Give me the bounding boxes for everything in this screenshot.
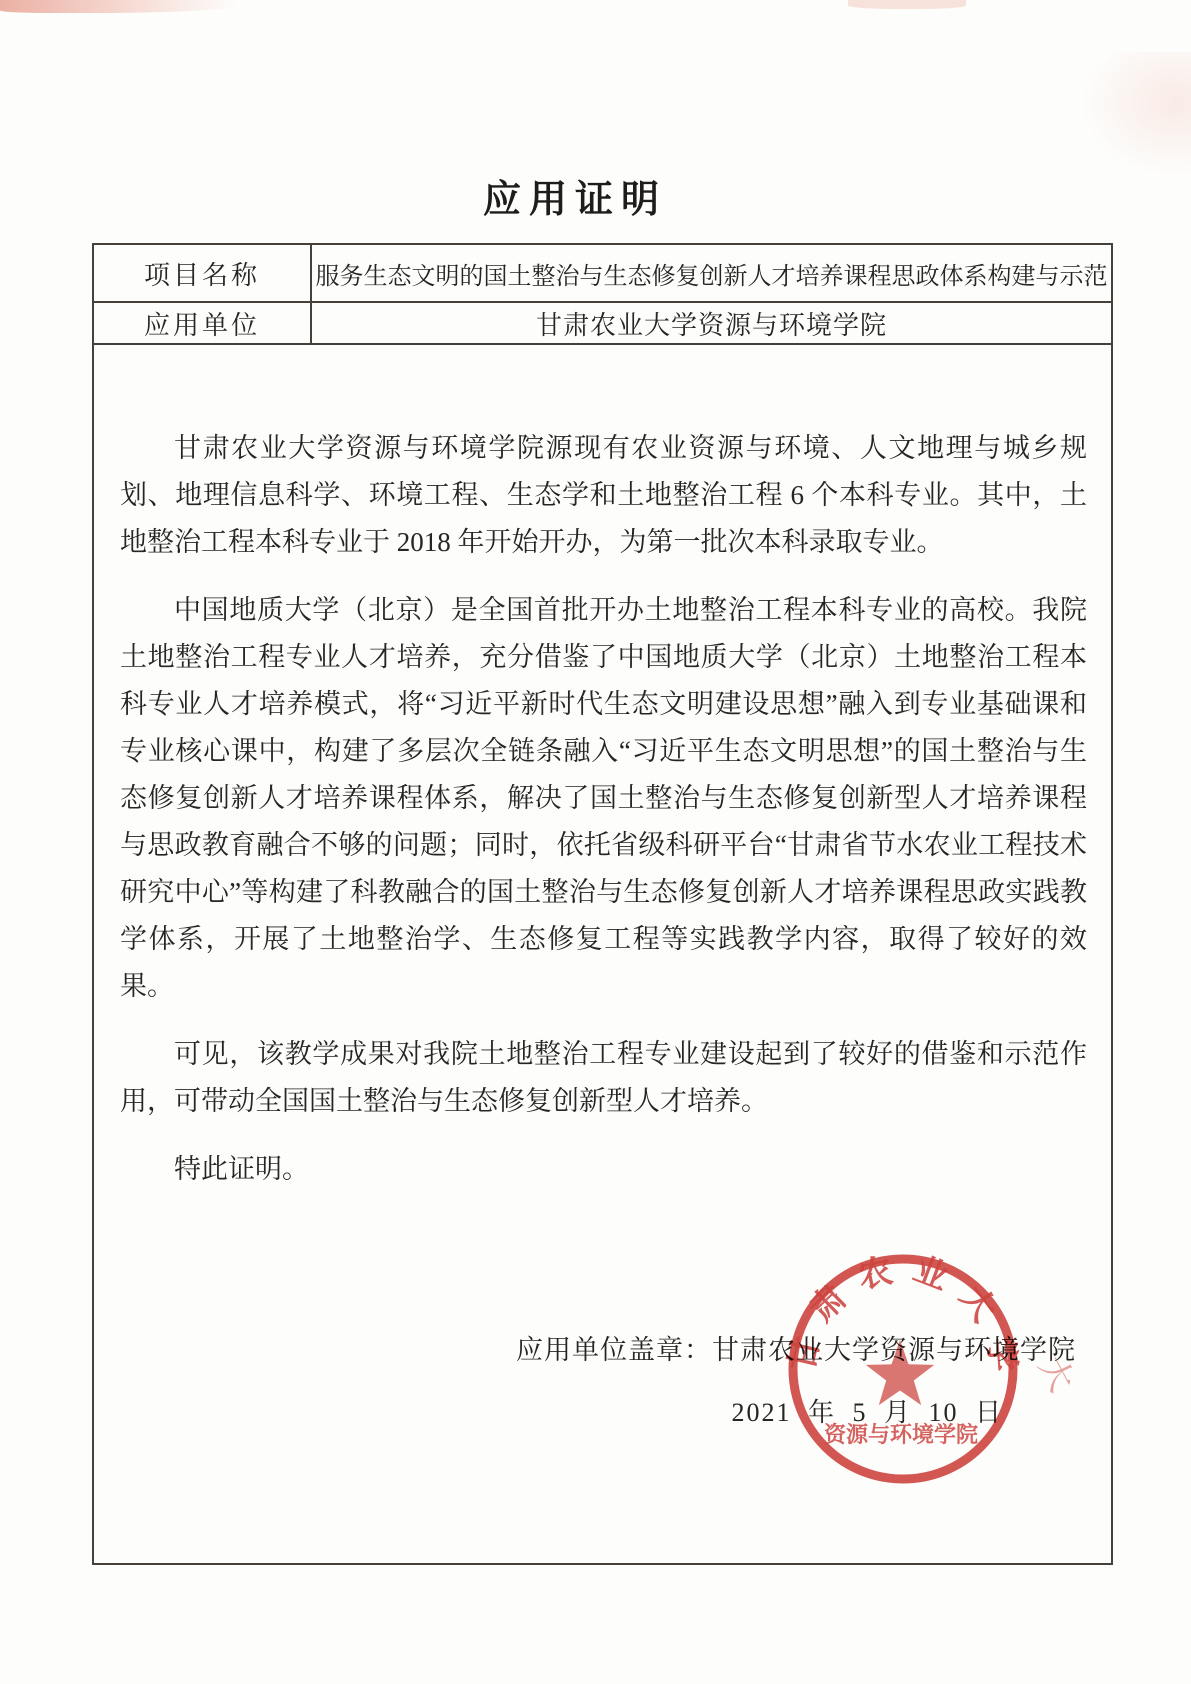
stamp-caption-label: 应用单位盖章： — [516, 1335, 712, 1365]
official-seal: 甘肃农业大学 资源与环境学院 — [783, 1249, 1023, 1489]
certificate-body: 甘肃农业大学资源与环境学院源现有农业资源与环境、人文地理与城乡规划、地理信息科学… — [94, 345, 1111, 1193]
scan-artifact-smear-left — [0, 0, 238, 13]
table-row: 应用单位 甘肃农业大学资源与环境学院 — [94, 303, 1111, 345]
row-label-applying-unit: 应用单位 — [94, 303, 312, 343]
row-value-applying-unit: 甘肃农业大学资源与环境学院 — [312, 303, 1111, 343]
paragraph-4: 特此证明。 — [120, 1146, 1087, 1193]
paragraph-3: 可见，该教学成果对我院土地整治工程专业建设起到了较好的借鉴和示范作用，可带动全国… — [120, 1031, 1087, 1125]
paragraph-1: 甘肃农业大学资源与环境学院源现有农业资源与环境、人文地理与城乡规划、地理信息科学… — [120, 425, 1087, 566]
seal-star-icon — [866, 1340, 934, 1405]
seal-bottom-text: 资源与环境学院 — [824, 1422, 978, 1447]
scan-artifact-smear-mid — [848, 0, 966, 9]
row-label-project-name: 项目名称 — [94, 245, 312, 301]
row-value-project-name: 服务生态文明的国土整治与生态修复创新人才培养课程思政体系构建与示范 — [312, 245, 1111, 301]
scan-artifact-smear-right — [1081, 52, 1191, 177]
paragraph-2: 中国地质大学（北京）是全国首批开办土地整治工程本科专业的高校。我院土地整治工程专… — [120, 587, 1087, 1010]
document-title: 应用证明 — [0, 168, 1150, 223]
table-row: 项目名称 服务生态文明的国土整治与生态修复创新人才培养课程思政体系构建与示范 — [94, 245, 1111, 303]
certificate-page: 应用证明 项目名称 服务生态文明的国土整治与生态修复创新人才培养课程思政体系构建… — [0, 0, 1191, 1684]
